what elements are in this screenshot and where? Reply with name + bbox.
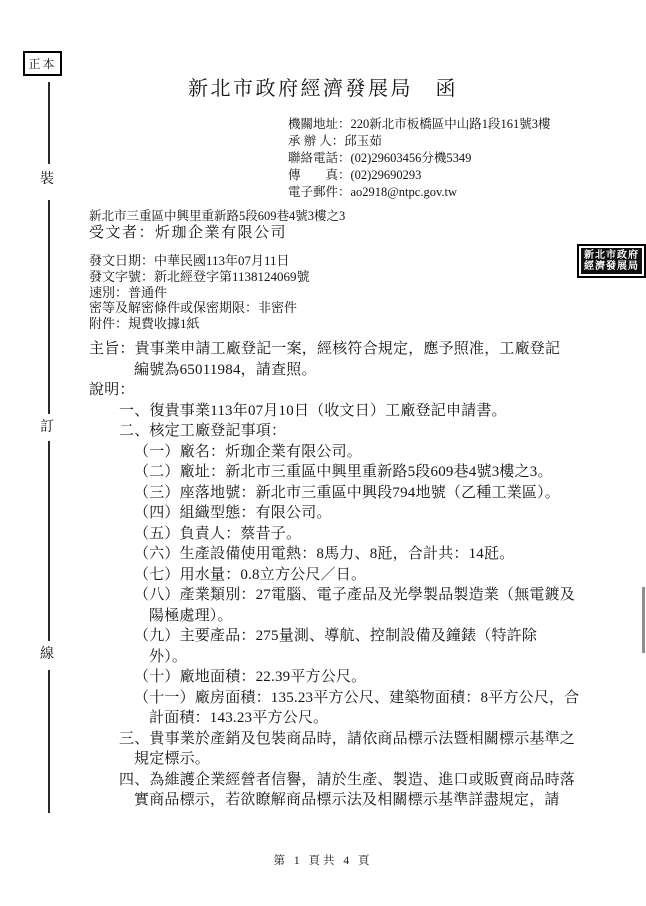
dispatch-meta-line: 密等及解密條件或保密期限：非密件 [89,300,310,316]
body-line: 編號為65011984，請查照。 [89,360,579,381]
copy-type-label: 正本 [28,55,56,72]
body-line: （六）生產設備使用電熱：8馬力、8瓩，合計共：14瓩。 [89,544,579,565]
stamp-row: 經濟發展局 [584,261,639,272]
binding-mark-ding: 訂 [40,416,54,436]
agency-contact-line: 聯絡電話：(02)29603456分機5349 [288,150,551,167]
agency-contact-block: 機關地址：220新北市板橋區中山路1段161號3樓承 辦 人：邱玉茹聯絡電話：(… [288,116,551,201]
body-line: 陽極處理）。 [89,606,579,627]
stamp-row: 新北市政府 [584,250,639,261]
dispatch-meta-line: 附件：規費收據1紙 [89,316,310,332]
body-line: （五）負責人：蔡昔子。 [89,524,579,545]
letter-body: 主旨：貴事業申請工廠登記一案，經核符合規定，應予照准，工廠登記編號為650119… [89,339,579,811]
body-line: （十）廠地面積：22.39平方公尺。 [89,667,579,688]
body-line: 四、為維護企業經營者信譽，請於生產、製造、進口或販賣商品時落 [89,770,579,791]
dispatch-meta-line: 速別：普通件 [89,285,310,301]
scanned-official-letter-page: 正本 裝 訂 線 新北市政府經濟發展局 函 機關地址：220新北市板橋區中山路1… [0,0,646,906]
dispatch-meta-line: 發文字號：新北經登字第1138124069號 [89,269,310,285]
binding-mark-zhuang: 裝 [40,168,54,188]
binding-line-segment [48,670,50,813]
binding-line-segment [48,200,50,414]
agency-seal-stamp: 新北市政府經濟發展局 [577,244,646,278]
body-line: 一、復貴事業113年07月10日（收文日）工廠登記申請書。 [89,401,579,422]
body-line: （一）廠名：炘珈企業有限公司。 [89,442,579,463]
scan-edge-mark [642,587,645,653]
recipient-line: 受文者：炘珈企業有限公司 [89,221,287,242]
binding-mark-xian: 線 [40,643,54,663]
page-title: 新北市政府經濟發展局 函 [0,72,646,101]
dispatch-meta-line: 發文日期：中華民國113年07月11日 [89,253,310,269]
body-line: （七）用水量：0.8立方公尺／日。 [89,565,579,586]
agency-contact-line: 傳 真：(02)29690293 [288,167,551,184]
page-footer: 第 1 頁共 4 頁 [0,852,646,868]
body-line: 實商品標示，若欲瞭解商品標示法及相關標示基準詳盡規定，請 [89,790,579,811]
body-line: 二、核定工廠登記事項： [89,421,579,442]
body-line: 計面積：143.23平方公尺。 [89,708,579,729]
body-line: （八）產業類別：27電腦、電子產品及光學製品製造業（無電鍍及 [89,585,579,606]
agency-contact-line: 承 辦 人：邱玉茹 [288,133,551,150]
body-line: 說明： [89,380,579,401]
body-line: （十一）廠房面積：135.23平方公尺、建築物面積：8平方公尺，合 [89,688,579,709]
body-line: （四）組織型態：有限公司。 [89,503,579,524]
body-line: 規定標示。 [89,749,579,770]
dispatch-meta-block: 發文日期：中華民國113年07月11日發文字號：新北經登字第1138124069… [89,253,310,332]
body-line: （九）主要產品：275量測、導航、控制設備及鐘錶（特許除 [89,626,579,647]
body-line: 主旨：貴事業申請工廠登記一案，經核符合規定，應予照准，工廠登記 [89,339,579,360]
agency-seal-stamp-face: 新北市政府經濟發展局 [581,248,642,274]
body-line: 三、貴事業於產銷及包裝商品時，請依商品標示法暨相關標示基準之 [89,729,579,750]
body-line: （二）廠址：新北市三重區中興里重新路5段609巷4號3樓之3。 [89,462,579,483]
body-line: 外）。 [89,647,579,668]
agency-contact-line: 電子郵件：ao2918@ntpc.gov.tw [288,184,551,201]
agency-contact-line: 機關地址：220新北市板橋區中山路1段161號3樓 [288,116,551,133]
binding-line-segment [48,441,50,641]
body-line: （三）座落地號：新北市三重區中興段794地號（乙種工業區）。 [89,483,579,504]
